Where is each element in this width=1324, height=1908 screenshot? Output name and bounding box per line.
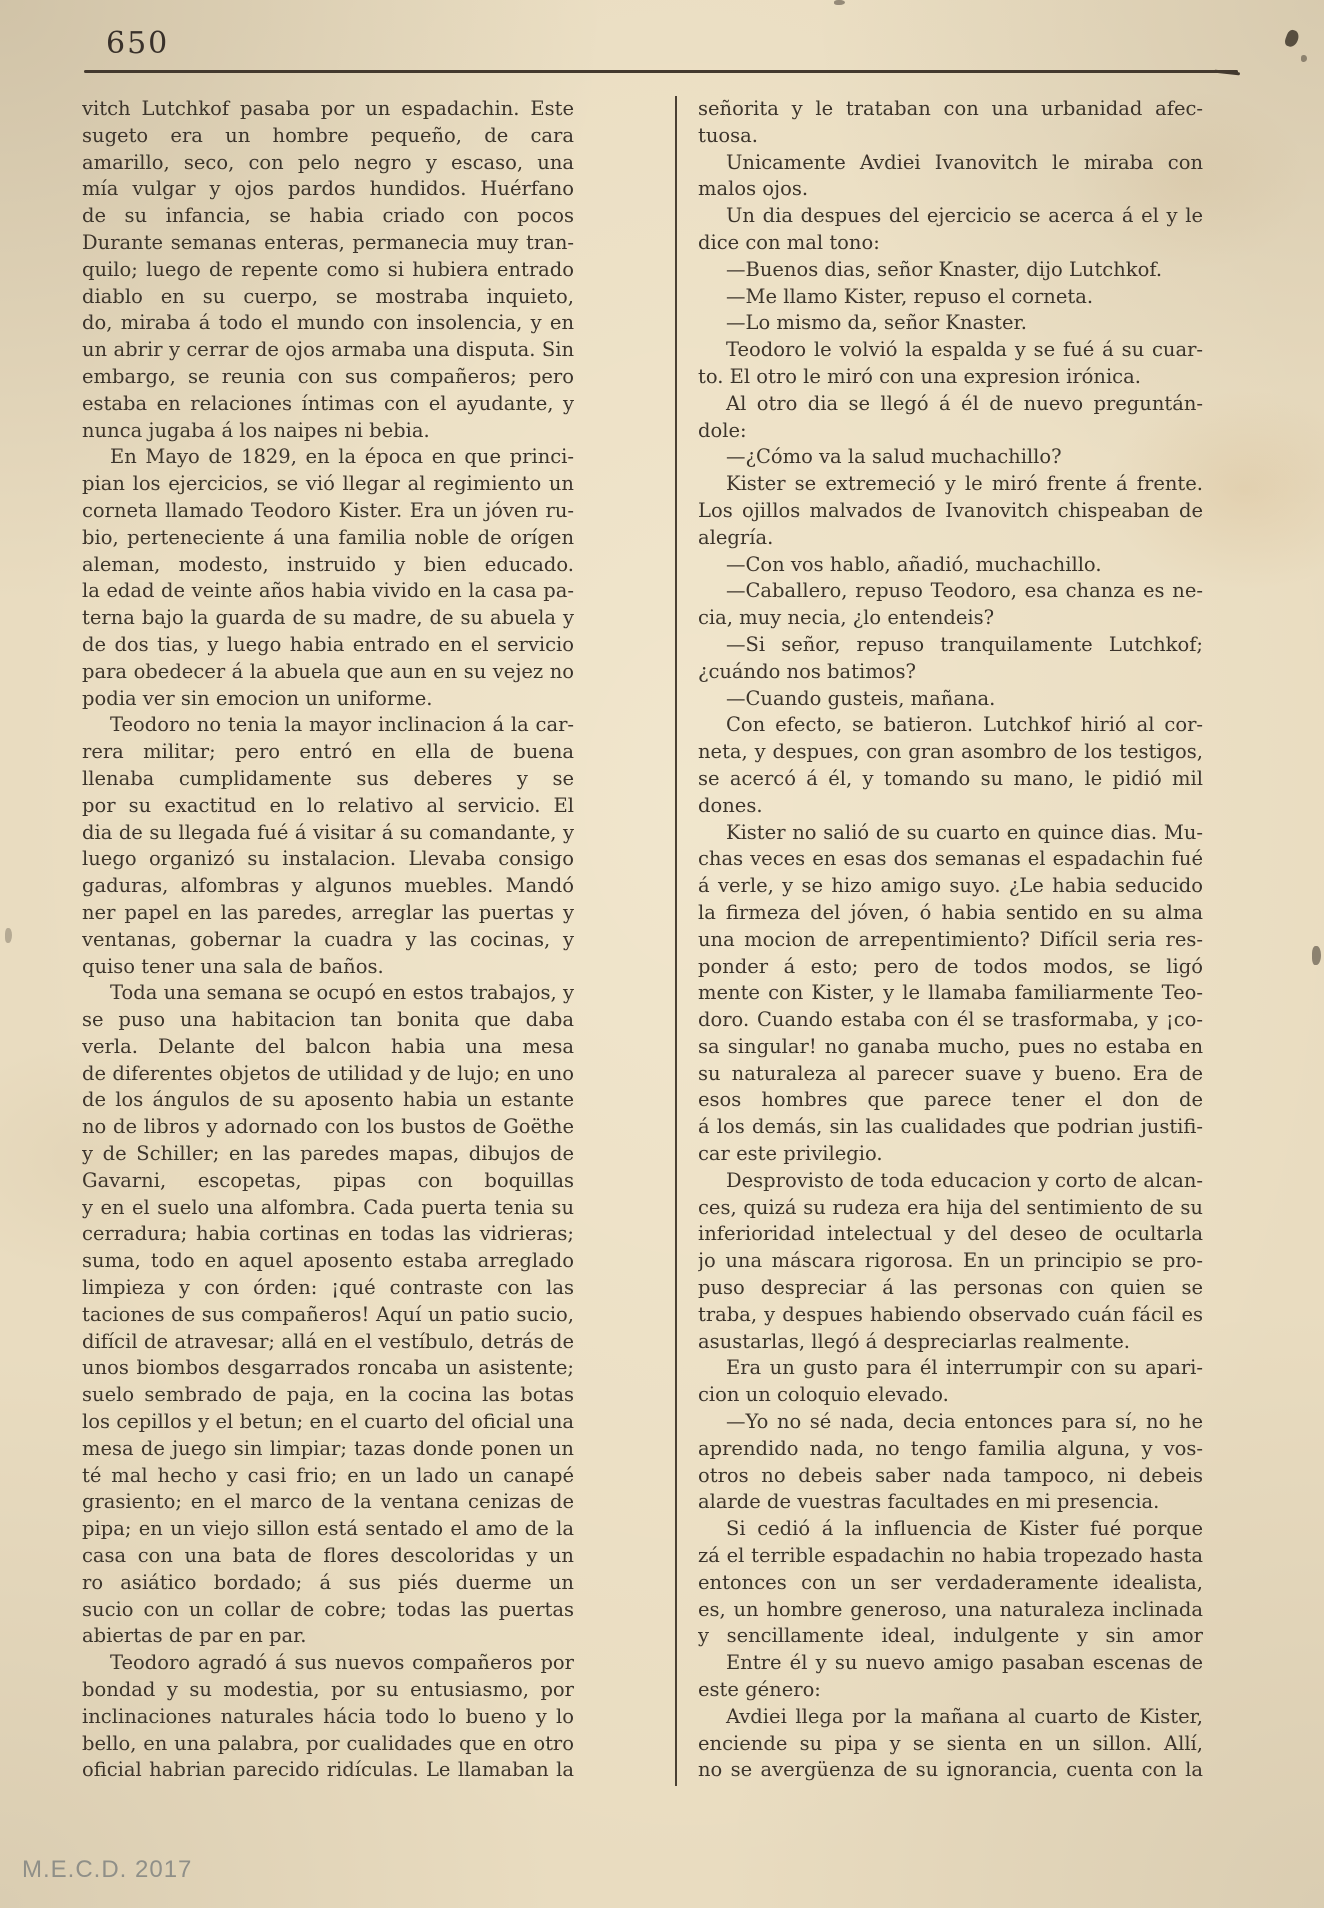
text-line: un abrir y cerrar de ojos armaba una dis… [82, 337, 574, 364]
text-line: —Buenos dias, señor Knaster, dijo Lutchk… [698, 257, 1203, 284]
text-line: Un dia despues del ejercicio se acerca á… [698, 203, 1203, 230]
text-line: verla. Delante del balcon habia una mesa… [82, 1034, 574, 1061]
text-line: embargo, se reunia con sus compañeros; p… [82, 364, 574, 391]
ink-speck [1312, 946, 1321, 965]
text-line: —Me llamo Kister, repuso el corneta. [698, 284, 1203, 311]
text-line: Toda una semana se ocupó en estos trabaj… [82, 980, 574, 1007]
text-line: Durante semanas enteras, permanecia muy … [82, 230, 574, 257]
text-line: de dos tias, y luego habia entrado en el… [82, 632, 574, 659]
text-line: á los demás, sin las cualidades que podr… [698, 1114, 1203, 1141]
text-line: to. El otro le miró con una expresion ir… [698, 364, 1203, 391]
text-line: diablo en su cuerpo, se mostraba inquiet… [82, 284, 574, 311]
text-line: asustarlas, llegó á despreciarlas realme… [698, 1329, 1203, 1356]
text-line: té mal hecho y casi frio; en un lado un … [82, 1463, 574, 1490]
text-line: ¿cuándo nos batimos? [698, 659, 1203, 686]
text-line: mía vulgar y ojos pardos hundidos. Huérf… [82, 176, 574, 203]
text-line: la edad de veinte años habia vivido en l… [82, 578, 574, 605]
text-line: chas veces en esas dos semanas el espada… [698, 846, 1203, 873]
text-line: mente con Kister, y le llamaba familiarm… [698, 980, 1203, 1007]
text-line: amarillo, seco, con pelo negro y escaso,… [82, 150, 574, 177]
text-line: casa con una bata de flores descoloridas… [82, 1543, 574, 1570]
text-line: señorita y le trataban con una urbanidad… [698, 96, 1203, 123]
text-line: tuosa. [698, 123, 1203, 150]
text-line: En Mayo de 1829, en la época en que prin… [82, 444, 574, 471]
text-line: Con efecto, se batieron. Lutchkof hirió … [698, 712, 1203, 739]
text-line: terna bajo la guarda de su madre, de su … [82, 605, 574, 632]
text-line: se acercó á él, y tomando su mano, le pi… [698, 766, 1203, 793]
text-line: alarde de vuestras facultades en mi pres… [698, 1489, 1203, 1516]
text-line: la firmeza del jóven, ó habia sentido en… [698, 900, 1203, 927]
text-line: unos biombos desgarrados roncaba un asis… [82, 1355, 574, 1382]
text-line: malos ojos. [698, 176, 1203, 203]
text-line: Avdiei llega por la mañana al cuarto de … [698, 1704, 1203, 1731]
text-line: Los ojillos malvados de Ivanovitch chisp… [698, 498, 1203, 525]
text-line: luego organizó su instalacion. Llevaba c… [82, 846, 574, 873]
text-line: Teodoro agradó á sus nuevos compañeros p… [82, 1650, 574, 1677]
text-line: —Con vos hablo, añadió, muchachillo. [698, 552, 1203, 579]
text-line: zá el terrible espadachin no habia trope… [698, 1543, 1203, 1570]
ink-speck [1301, 55, 1307, 62]
text-line: rera militar; pero entró en ella de buen… [82, 739, 574, 766]
text-line: dole: [698, 418, 1203, 445]
text-line: —Lo mismo da, señor Knaster. [698, 310, 1203, 337]
text-line: inferioridad intelectual y del deseo de … [698, 1221, 1203, 1248]
text-line: jo una máscara rigorosa. En un principio… [698, 1248, 1203, 1275]
text-line: Unicamente Avdiei Ivanovitch le miraba c… [698, 150, 1203, 177]
text-line: Gavarni, escopetas, pipas con boquillas … [82, 1168, 574, 1195]
text-line: limpieza y con órden: ¡qué contraste con… [82, 1275, 574, 1302]
text-line: podia ver sin emocion un uniforme. [82, 686, 574, 713]
text-line: sucio con un collar de cobre; todas las … [82, 1597, 574, 1624]
header-rule [84, 70, 1238, 73]
right-column: señorita y le trataban con una urbanidad… [698, 96, 1203, 1784]
text-line: quiso tener una sala de baños. [82, 954, 574, 981]
left-column: vitch Lutchkof pasaba por un espadachin.… [82, 96, 574, 1784]
text-line: á verle, y se hizo amigo suyo. ¿Le habia… [698, 873, 1203, 900]
text-line: enciende su pipa y se sienta en un sillo… [698, 1731, 1203, 1758]
text-line: cia, muy necia, ¿lo entendeis? [698, 605, 1203, 632]
text-line: quilo; luego de repente como si hubiera … [82, 257, 574, 284]
ink-speck [1283, 28, 1300, 48]
text-line: alegría. [698, 525, 1203, 552]
text-line: por su exactitud en lo relativo al servi… [82, 793, 574, 820]
text-line: sugeto era un hombre pequeño, de cara es… [82, 123, 574, 150]
text-line: Era un gusto para él interrumpir con su … [698, 1355, 1203, 1382]
text-line: de diferentes objetos de utilidad y de l… [82, 1061, 574, 1088]
column-divider-rule [675, 96, 677, 1786]
watermark: M.E.C.D. 2017 [22, 1856, 192, 1884]
text-line: de los ángulos de su aposento habia un e… [82, 1087, 574, 1114]
text-line: traba, y despues habiendo observado cuán… [698, 1302, 1203, 1329]
text-line: ponder á esto; pero de todos modos, se l… [698, 954, 1203, 981]
text-line: ces, quizá su rudeza era hija del sentim… [698, 1195, 1203, 1222]
text-line: Teodoro no tenia la mayor inclinacion á … [82, 712, 574, 739]
ink-speck [5, 928, 12, 943]
text-line: do, miraba á todo el mundo con insolenci… [82, 310, 574, 337]
text-line: abiertas de par en par. [82, 1623, 574, 1650]
text-line: una mocion de arrepentimiento? Difícil s… [698, 927, 1203, 954]
text-line: car este privilegio. [698, 1141, 1203, 1168]
text-line: de su infancia, se habia criado con poco… [82, 203, 574, 230]
text-line: —¿Cómo va la salud muchachillo? [698, 444, 1203, 471]
text-line: su naturaleza al parecer suave y bueno. … [698, 1061, 1203, 1088]
text-line: otros no debeis saber nada tampoco, ni d… [698, 1463, 1203, 1490]
text-line: inclinaciones naturales hácia todo lo bu… [82, 1704, 574, 1731]
text-line: este género: [698, 1677, 1203, 1704]
text-line: cion un coloquio elevado. [698, 1382, 1203, 1409]
text-line: bio, perteneciente á una familia noble d… [82, 525, 574, 552]
text-line: aprendido nada, no tengo familia alguna,… [698, 1436, 1203, 1463]
text-line: esos hombres que parece tener el don de … [698, 1087, 1203, 1114]
text-line: —Caballero, repuso Teodoro, esa chanza e… [698, 578, 1203, 605]
text-line: —Yo no sé nada, decia entonces para sí, … [698, 1409, 1203, 1436]
text-line: puso despreciar á las personas con quien… [698, 1275, 1203, 1302]
text-line: se puso una habitacion tan bonita que da… [82, 1007, 574, 1034]
text-line: entonces con un ser verdaderamente ideal… [698, 1570, 1203, 1597]
text-line: Kister se extremeció y le miró frente á … [698, 471, 1203, 498]
text-line: taciones de sus compañeros! Aquí un pati… [82, 1302, 574, 1329]
text-line: Al otro dia se llegó á él de nuevo pregu… [698, 391, 1203, 418]
text-line: y sencillamente ideal, indulgente y sin … [698, 1623, 1203, 1650]
text-line: sa singular! no ganaba mucho, pues no es… [698, 1034, 1203, 1061]
text-line: no se avergüenza de su ignorancia, cuent… [698, 1757, 1203, 1784]
scanned-page: 650 vitch Lutchkof pasaba por un espadac… [0, 0, 1324, 1908]
text-line: oficial habrian parecido ridículas. Le l… [82, 1757, 574, 1784]
text-line: doro. Cuando estaba con él se trasformab… [698, 1007, 1203, 1034]
text-line: para obedecer á la abuela que aun en su … [82, 659, 574, 686]
text-line: bondad y su modestia, por su entusiasmo,… [82, 1677, 574, 1704]
text-line: y de Schiller; en las paredes mapas, dib… [82, 1141, 574, 1168]
text-line: Entre él y su nuevo amigo pasaban escena… [698, 1650, 1203, 1677]
text-line: es, un hombre generoso, una naturaleza i… [698, 1597, 1203, 1624]
text-line: difícil de atravesar; allá en el vestíbu… [82, 1329, 574, 1356]
text-line: dones. [698, 793, 1203, 820]
text-line: suma, todo en aquel aposento estaba arre… [82, 1248, 574, 1275]
text-line: Desprovisto de toda educacion y corto de… [698, 1168, 1203, 1195]
text-line: gaduras, alfombras y algunos muebles. Ma… [82, 873, 574, 900]
text-line: mesa de juego sin limpiar; tazas donde p… [82, 1436, 574, 1463]
text-line: ventanas, gobernar la cuadra y las cocin… [82, 927, 574, 954]
text-line: no de libros y adornado con los bustos d… [82, 1114, 574, 1141]
text-line: neta, y despues, con gran asombro de los… [698, 739, 1203, 766]
text-line: vitch Lutchkof pasaba por un espadachin.… [82, 96, 574, 123]
text-line: aleman, modesto, instruido y bien educad… [82, 552, 574, 579]
text-line: llenaba cumplidamente sus deberes y se d… [82, 766, 574, 793]
text-line: bello, en una palabra, por cualidades qu… [82, 1731, 574, 1758]
text-line: y en el suelo una alfombra. Cada puerta … [82, 1195, 574, 1222]
text-line: los cepillos y el betun; en el cuarto de… [82, 1409, 574, 1436]
text-line: estaba en relaciones íntimas con el ayud… [82, 391, 574, 418]
text-line: dice con mal tono: [698, 230, 1203, 257]
page-number: 650 [106, 26, 169, 61]
text-line: suelo sembrado de paja, en la cocina las… [82, 1382, 574, 1409]
text-line: cerradura; habia cortinas en todas las v… [82, 1221, 574, 1248]
text-line: —Cuando gusteis, mañana. [698, 686, 1203, 713]
text-line: Kister no salió de su cuarto en quince d… [698, 820, 1203, 847]
text-line: Teodoro le volvió la espalda y se fué á … [698, 337, 1203, 364]
text-line: nunca jugaba á los naipes ni bebia. [82, 418, 574, 445]
text-line: Si cedió á la influencia de Kister fué p… [698, 1516, 1203, 1543]
text-line: pipa; en un viejo sillon está sentado el… [82, 1516, 574, 1543]
ink-speck [834, 0, 845, 5]
text-line: pian los ejercicios, se vió llegar al re… [82, 471, 574, 498]
text-line: ro asiático bordado; á sus piés duerme u… [82, 1570, 574, 1597]
text-line: grasiento; en el marco de la ventana cen… [82, 1489, 574, 1516]
text-line: —Si señor, repuso tranquilamente Lutchko… [698, 632, 1203, 659]
text-columns: vitch Lutchkof pasaba por un espadachin.… [82, 96, 1203, 1786]
text-line: ner papel en las paredes, arreglar las p… [82, 900, 574, 927]
text-line: corneta llamado Teodoro Kister. Era un j… [82, 498, 574, 525]
text-line: dia de su llegada fué á visitar á su com… [82, 820, 574, 847]
